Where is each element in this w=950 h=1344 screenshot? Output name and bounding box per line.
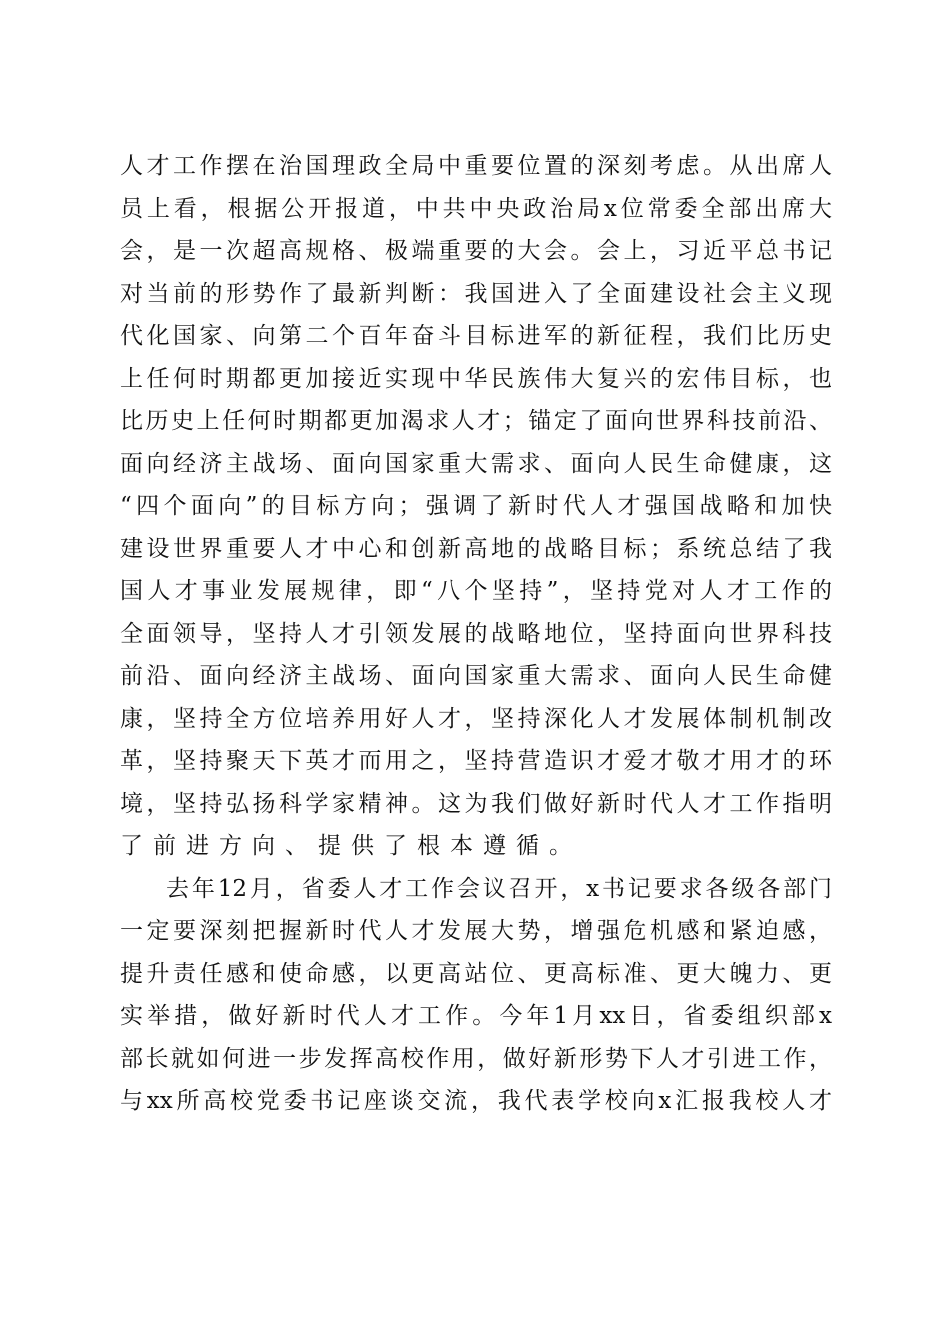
paragraph-1: 人才工作摆在治国理政全局中重要位置的深刻考虑。从出席人 员上看，根据公开报道，中… (120, 145, 832, 868)
text-line: 员上看，根据公开报道，中共中央政治局x位常委全部出席大 (120, 188, 832, 231)
text-line: 部长就如何进一步发挥高校作用，做好新形势下人才引进工作， (120, 1038, 832, 1081)
text-line: 上任何时期都更加接近实现中华民族伟大复兴的宏伟目标，也 (120, 358, 832, 401)
text-line: 康，坚持全方位培养用好人才，坚持深化人才发展体制机制改 (120, 698, 832, 741)
document-page: 人才工作摆在治国理政全局中重要位置的深刻考虑。从出席人 员上看，根据公开报道，中… (120, 145, 832, 1123)
text-line: 会，是一次超高规格、极端重要的大会。会上，习近平总书记 (120, 230, 832, 273)
text-line: 代化国家、向第二个百年奋斗目标进军的新征程，我们比历史 (120, 315, 832, 358)
text-line: 提升责任感和使命感，以更高站位、更高标准、更大魄力、更 (120, 953, 832, 996)
text-line: 全面领导，坚持人才引领发展的战略地位，坚持面向世界科技 (120, 613, 832, 656)
text-line: 建设世界重要人才中心和创新高地的战略目标；系统总结了我 (120, 528, 832, 571)
text-line: 国人才事业发展规律，即“八个坚持”，坚持党对人才工作的 (120, 570, 832, 613)
text-line: 人才工作摆在治国理政全局中重要位置的深刻考虑。从出席人 (120, 145, 832, 188)
text-line: “四个面向”的目标方向；强调了新时代人才强国战略和加快 (120, 485, 832, 528)
text-line: 与xx所高校党委书记座谈交流，我代表学校向x汇报我校人才 (120, 1080, 832, 1123)
text-line: 前沿、面向经济主战场、面向国家重大需求、面向人民生命健 (120, 655, 832, 698)
text-line: 了前进方向、提供了根本遵循。 (120, 825, 832, 868)
text-line: 去年12月，省委人才工作会议召开，x书记要求各级各部门 (120, 868, 832, 911)
paragraph-2: 去年12月，省委人才工作会议召开，x书记要求各级各部门 一定要深刻把握新时代人才… (120, 868, 832, 1123)
text-line: 比历史上任何时期都更加渴求人才；锚定了面向世界科技前沿、 (120, 400, 832, 443)
text-line: 实举措，做好新时代人才工作。今年1月xx日，省委组织部x (120, 995, 832, 1038)
text-line: 对当前的形势作了最新判断：我国进入了全面建设社会主义现 (120, 273, 832, 316)
text-line: 一定要深刻把握新时代人才发展大势，增强危机感和紧迫感， (120, 910, 832, 953)
text-line: 面向经济主战场、面向国家重大需求、面向人民生命健康，这 (120, 443, 832, 486)
text-line: 革，坚持聚天下英才而用之，坚持营造识才爱才敬才用才的环 (120, 740, 832, 783)
text-line: 境，坚持弘扬科学家精神。这为我们做好新时代人才工作指明 (120, 783, 832, 826)
